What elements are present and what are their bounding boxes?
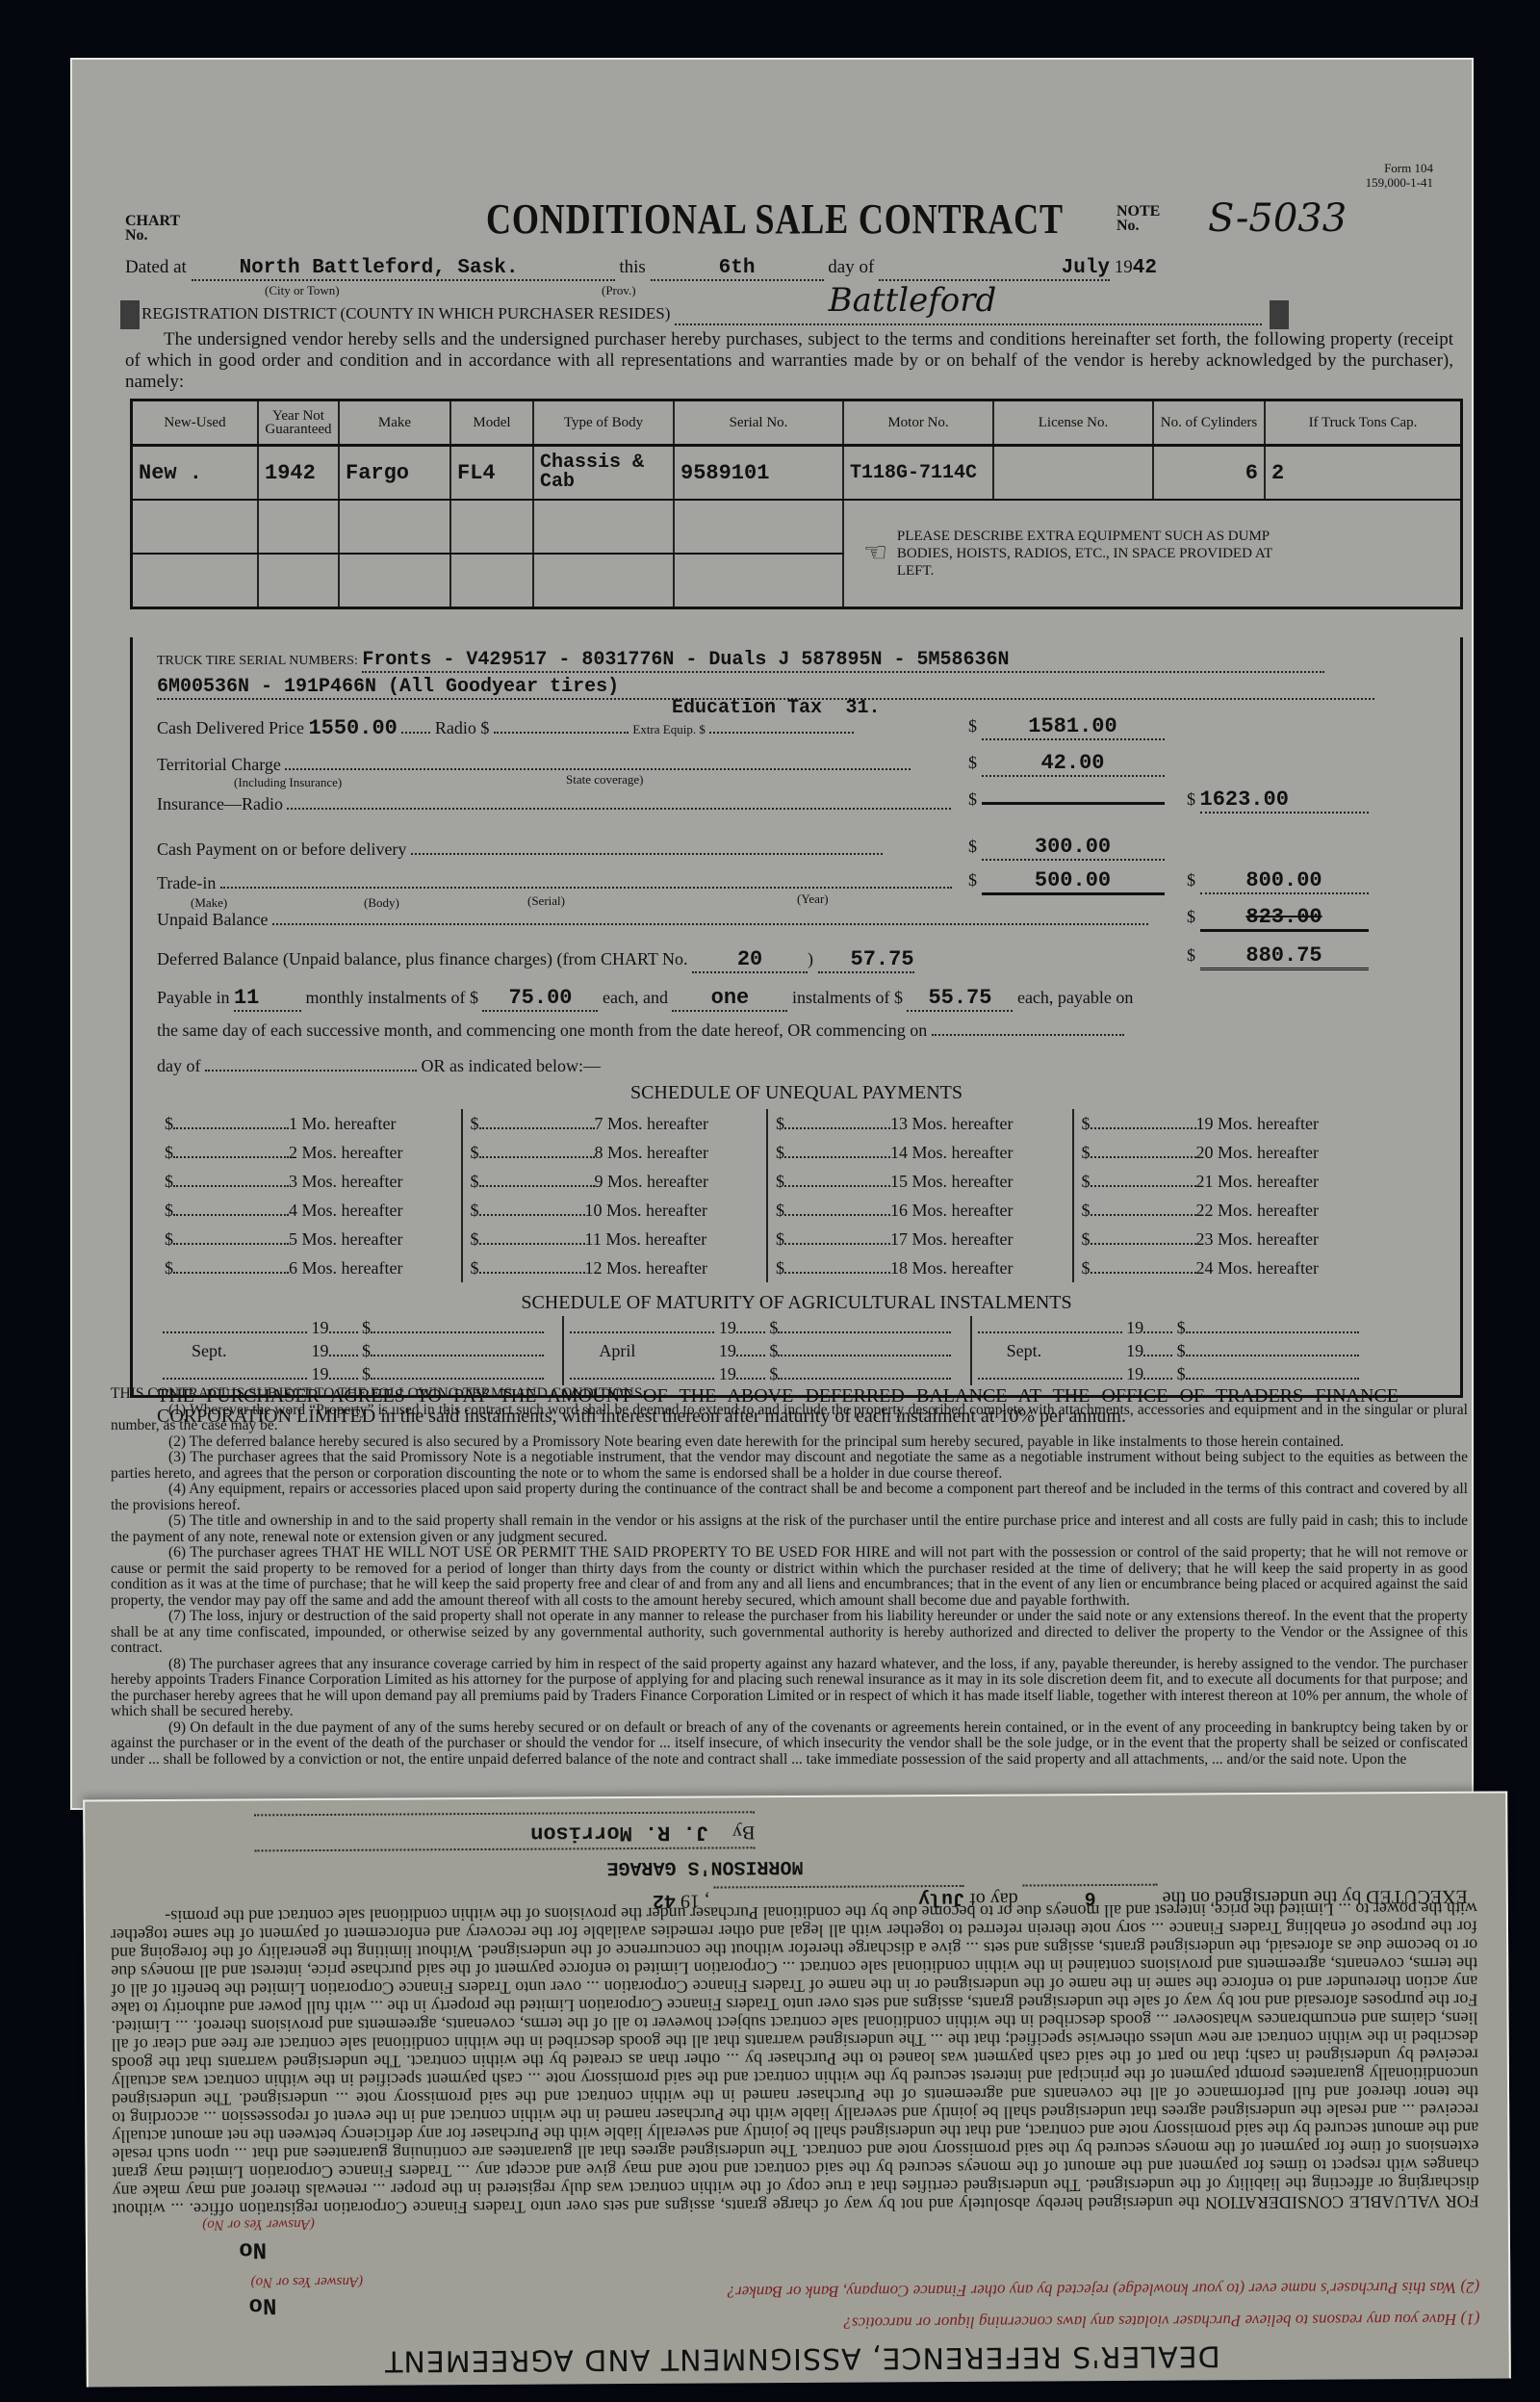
schedule-item[interactable]: $15 Mos. hereafter: [776, 1167, 1065, 1196]
agri-column: 19 $ Sept. 19 $ 19 $: [157, 1316, 564, 1385]
territorial-amount-value[interactable]: 42.00: [982, 751, 1165, 777]
schedule-column: $1 Mo. hereafter $2 Mos. hereafter $3 Mo…: [157, 1109, 463, 1282]
schedule-item[interactable]: $21 Mos. hereafter: [1082, 1167, 1373, 1196]
schedule-item[interactable]: $6 Mos. hereafter: [165, 1253, 453, 1282]
by-label: By: [732, 1821, 755, 1843]
schedule-item[interactable]: $19 Mos. hereafter: [1082, 1109, 1373, 1138]
registration-line: REGISTRATION DISTRICT (COUNTY IN WHICH P…: [120, 300, 1291, 329]
tire-serial-label: TRUCK TIRE SERIAL NUMBERS:: [157, 654, 358, 668]
trade-in-label: Trade-in: [157, 873, 216, 892]
territorial-label: Territorial Charge: [157, 755, 281, 774]
chart-no-value[interactable]: 20: [737, 947, 762, 971]
signatory-line: By J. R. Morrison: [530, 1820, 755, 1845]
trade-in-amount: $ 500.00: [968, 868, 1165, 895]
day-of-line: day of OR as indicated below:—: [157, 1056, 601, 1076]
empty-cell[interactable]: [339, 554, 450, 608]
answer-hint-1: (Answer Yes or No): [251, 2273, 364, 2290]
extra-equipment-text: PLEASE DESCRIBE EXTRA EQUIPMENT SUCH AS …: [897, 528, 1311, 580]
agri-month: Sept.: [978, 1339, 1122, 1362]
year-value[interactable]: 42: [1133, 257, 1157, 279]
executed-month[interactable]: July: [918, 1887, 964, 1909]
answer-1-value: No: [248, 2291, 276, 2317]
trade-make-caption: (Make): [191, 895, 227, 911]
unequal-schedule-grid: $1 Mo. hereafter $2 Mos. hereafter $3 Mo…: [157, 1109, 1379, 1282]
col-serial: Serial No.: [674, 400, 843, 446]
executed-year-prefix: , 19: [680, 1891, 709, 1912]
cash-payment-line: Cash Payment on or before delivery: [157, 839, 883, 860]
col-license: License No.: [993, 400, 1153, 446]
agri-month: Sept.: [163, 1339, 307, 1362]
commencing-text: the same day of each successive month, a…: [157, 1020, 927, 1040]
question-2: (2) Was this Purchaser's name ever (to y…: [728, 2278, 1480, 2302]
insurance-line: Insurance—Radio: [157, 794, 951, 814]
question-1-text: (1) Have you any reasons to believe Purc…: [843, 2311, 1479, 2333]
schedule-item[interactable]: $23 Mos. hereafter: [1082, 1225, 1373, 1253]
note-number-label: NOTE No.: [1116, 204, 1160, 233]
trade-body-caption: (Body): [364, 895, 399, 911]
empty-cell[interactable]: [132, 554, 259, 608]
cash-price-line: Cash Delivered Price 1550.00 Radio $ Ext…: [157, 716, 854, 740]
cash-price-label: Cash Delivered Price: [157, 718, 304, 737]
each-and-label: each, and: [603, 988, 668, 1007]
agri-schedule-title: SCHEDULE OF MATURITY OF AGRICULTURAL INS…: [133, 1292, 1460, 1314]
col-body: Type of Body: [533, 400, 674, 446]
vehicle-table-header: New-Used Year Not Guaranteed Make Model …: [132, 400, 1462, 446]
answer-2-value: No: [239, 2235, 267, 2261]
unpaid-balance-label: Unpaid Balance: [157, 910, 268, 929]
final-count-value[interactable]: one: [711, 986, 750, 1010]
agri-item[interactable]: April 19 $: [570, 1339, 963, 1362]
trade-in-line: Trade-in: [157, 873, 952, 893]
trade-year-caption: (Year): [797, 891, 829, 907]
form-print-code: 159,000-1-41: [1366, 175, 1433, 190]
agri-column: 19 $ April 19 $ 19 $: [564, 1316, 971, 1385]
or-indicated-text: OR as indicated below:—: [421, 1056, 600, 1075]
dealer-name: MORRISON'S GARAGE: [606, 1855, 803, 1878]
term-clause: (9) On default in the due payment of any…: [111, 1720, 1468, 1769]
executed-day[interactable]: 6: [1085, 1886, 1096, 1908]
num-instalments-value[interactable]: 11: [234, 986, 259, 1010]
col-tons: If Truck Tons Cap.: [1265, 400, 1462, 446]
empty-cell[interactable]: [533, 500, 674, 554]
day-of-label: day of: [828, 257, 874, 277]
radio-label: Radio $: [435, 718, 490, 737]
reverse-side-content: DEALER'S REFERENCE, ASSIGNMENT AND AGREE…: [85, 1793, 1509, 2387]
extra-equipment-note: ☜ PLEASE DESCRIBE EXTRA EQUIPMENT SUCH A…: [843, 500, 1462, 608]
payable-on-label: each, payable on: [1017, 988, 1133, 1007]
deferred-balance-label: Deferred Balance (Unpaid balance, plus f…: [157, 949, 688, 969]
total-price-value[interactable]: 1623.00: [1200, 788, 1369, 814]
deferred-amount: $ 880.75: [1187, 943, 1369, 970]
extra-equip-field[interactable]: [709, 732, 854, 734]
tire-serial-line1[interactable]: Fronts - V429517 - 8031776N - Duals J 58…: [362, 649, 1324, 673]
schedule-item[interactable]: $18 Mos. hereafter: [776, 1253, 1065, 1282]
schedule-item[interactable]: $8 Mos. hereafter: [471, 1138, 759, 1167]
empty-cell[interactable]: [132, 500, 259, 554]
terms-and-conditions: THIS CONTRACT IS SUBJECT TO THE FOLLOWIN…: [111, 1386, 1468, 1768]
schedule-item[interactable]: $3 Mos. hereafter: [165, 1167, 453, 1196]
executed-label: EXECUTED by the undersigned on the: [1163, 1886, 1468, 1909]
term-clause: (1) Wherever the word “Property” is used…: [111, 1403, 1468, 1434]
cell-license[interactable]: [993, 446, 1153, 501]
cell-cylinders[interactable]: 6: [1153, 446, 1265, 501]
cash-price-value[interactable]: 1550.00: [308, 716, 397, 740]
contract-page: Form 104 159,000-1-41 CHART No. CONDITIO…: [70, 58, 1474, 1810]
agri-item[interactable]: 19 $: [978, 1316, 1373, 1339]
agri-item[interactable]: 19 $: [163, 1316, 556, 1339]
schedule-item[interactable]: $4 Mos. hereafter: [165, 1196, 453, 1225]
day-of-field[interactable]: [205, 1070, 417, 1072]
unpaid-balance-line: Unpaid Balance: [157, 910, 1148, 930]
schedule-item[interactable]: $10 Mos. hereafter: [471, 1196, 759, 1225]
col-cylinders: No. of Cylinders: [1153, 400, 1265, 446]
schedule-item[interactable]: $13 Mos. hereafter: [776, 1109, 1065, 1138]
dealer-reference-title: DEALER'S REFERENCE, ASSIGNMENT AND AGREE…: [384, 2338, 1220, 2377]
table-row: New . 1942 Fargo FL4 Chassis & Cab 95891…: [132, 446, 1462, 501]
terms-heading: THIS CONTRACT IS SUBJECT TO THE FOLLOWIN…: [111, 1386, 1468, 1403]
empty-cell[interactable]: [450, 554, 533, 608]
chart-number-label: CHART No.: [125, 214, 180, 243]
territorial-amount: $ 42.00: [968, 751, 1165, 777]
total-down-value[interactable]: 800.00: [1200, 868, 1369, 894]
month-value: July: [1062, 257, 1110, 279]
cell-model[interactable]: FL4: [450, 446, 533, 501]
schedule-item[interactable]: $2 Mos. hereafter: [165, 1138, 453, 1167]
final-label: instalments of $: [792, 988, 903, 1007]
empty-cell[interactable]: [258, 500, 339, 554]
signatory-name[interactable]: J. R. Morrison: [530, 1821, 708, 1846]
schedule-item[interactable]: $16 Mos. hereafter: [776, 1196, 1065, 1225]
schedule-column: $7 Mos. hereafter $8 Mos. hereafter $9 M…: [463, 1109, 769, 1282]
executed-day-of: day of: [969, 1889, 1018, 1910]
state-coverage-caption: State coverage): [566, 772, 643, 788]
form-number: Form 104 159,000-1-41: [1366, 161, 1433, 190]
radio-field[interactable]: [494, 732, 629, 734]
registration-marker-right-icon: [1270, 300, 1289, 329]
col-year: Year Not Guaranteed: [258, 400, 339, 446]
intro-paragraph: The undersigned vendor hereby sells and …: [125, 329, 1453, 393]
finance-charge-value[interactable]: 57.75: [851, 947, 914, 971]
schedule-item[interactable]: $20 Mos. hereafter: [1082, 1138, 1373, 1167]
schedule-item[interactable]: $11 Mos. hereafter: [471, 1225, 759, 1253]
chart-no-label: No.: [125, 228, 180, 243]
cell-motor[interactable]: T118G-7114C: [843, 446, 993, 501]
col-make: Make: [339, 400, 450, 446]
schedule-item[interactable]: $17 Mos. hereafter: [776, 1225, 1065, 1253]
commencing-line: the same day of each successive month, a…: [157, 1020, 1124, 1041]
vehicle-table: New-Used Year Not Guaranteed Make Model …: [130, 399, 1463, 609]
subtotal-1-value[interactable]: 1581.00: [982, 714, 1165, 740]
signatory-signature-line[interactable]: [254, 1811, 755, 1816]
subtotal-1: $ 1581.00: [968, 714, 1165, 740]
agri-item[interactable]: 19 $: [570, 1362, 963, 1385]
financial-section: TRUCK TIRE SERIAL NUMBERS: Fronts - V429…: [130, 637, 1463, 1398]
total-down: $ 800.00: [1187, 868, 1369, 894]
schedule-item[interactable]: $14 Mos. hereafter: [776, 1138, 1065, 1167]
agri-item[interactable]: 19 $: [570, 1316, 963, 1339]
tire-serial-line: TRUCK TIRE SERIAL NUMBERS: Fronts - V429…: [157, 649, 1324, 673]
folded-reverse-flap: DEALER'S REFERENCE, ASSIGNMENT AND AGREE…: [83, 1791, 1511, 2387]
insurance-amount: $: [968, 789, 1165, 810]
dated-at-field[interactable]: North Battleford, Sask.: [192, 257, 615, 281]
this-label: this: [619, 257, 645, 277]
empty-cell[interactable]: [339, 500, 450, 554]
question-1-answer[interactable]: No: [248, 2291, 276, 2318]
term-clause: (2) The deferred balance hereby secured …: [111, 1434, 1468, 1451]
agri-month: April: [570, 1339, 714, 1362]
cell-tons[interactable]: 2: [1265, 446, 1462, 501]
deferred-balance-line: Deferred Balance (Unpaid balance, plus f…: [157, 947, 914, 973]
extra-equip-label: Extra Equip. $: [632, 722, 705, 736]
registration-label: REGISTRATION DISTRICT (COUNTY IN WHICH P…: [141, 304, 670, 323]
unpaid-balance-value[interactable]: 823.00: [1200, 905, 1369, 932]
cash-payment-label: Cash Payment on or before delivery: [157, 839, 406, 859]
dated-line: Dated at North Battleford, Sask. this 6t…: [125, 257, 1157, 281]
insurance-label: Insurance—Radio: [157, 794, 283, 814]
form-number-label: Form 104: [1366, 161, 1433, 175]
commencing-date-field[interactable]: [932, 1034, 1124, 1036]
empty-cell[interactable]: [674, 500, 843, 554]
term-clause: (6) The purchaser agrees THAT HE WILL NO…: [111, 1545, 1468, 1609]
deferred-balance-value[interactable]: 880.75: [1200, 943, 1369, 970]
day-value: 6th: [719, 257, 756, 279]
agri-item[interactable]: Sept. 19 $: [163, 1339, 556, 1362]
monthly-amount-value[interactable]: 75.00: [508, 986, 572, 1010]
agri-schedule-grid: 19 $ Sept. 19 $ 19 $ 19 $ April 19 $ 19 …: [157, 1316, 1379, 1385]
day-of-text: day of: [157, 1056, 200, 1075]
chart-label: CHART: [125, 214, 180, 228]
empty-cell[interactable]: [450, 500, 533, 554]
monthly-label: monthly instalments of $: [305, 988, 478, 1007]
consideration-paragraph: FOR VALUABLE CONSIDERATION the undersign…: [111, 1899, 1479, 2219]
term-clause: (5) The title and ownership in and to th…: [111, 1513, 1468, 1545]
prov-caption: (Prov.): [602, 283, 636, 298]
schedule-item[interactable]: $1 Mo. hereafter: [165, 1109, 453, 1138]
executed-year[interactable]: 42: [653, 1889, 676, 1911]
payable-line: Payable in 11 monthly instalments of $ 7…: [157, 986, 1133, 1012]
including-insurance-caption: (Including Insurance): [234, 775, 342, 790]
reverse-body-text: registration office. ... without dischar…: [111, 1899, 1479, 2220]
cell-serial[interactable]: 9589101: [674, 446, 843, 501]
agri-column: 19 $ Sept. 19 $ 19 $: [972, 1316, 1379, 1385]
empty-cell[interactable]: [674, 554, 843, 608]
executed-line: EXECUTED by the undersigned on the 6 day…: [653, 1882, 1468, 1912]
schedule-item[interactable]: $24 Mos. hereafter: [1082, 1253, 1373, 1282]
city-value: North Battleford, Sask.: [240, 257, 519, 279]
schedule-item[interactable]: $9 Mos. hereafter: [471, 1167, 759, 1196]
registration-marker-icon: [120, 300, 140, 329]
question-2-text: (2) Was this Purchaser's name ever (to y…: [728, 2279, 1480, 2302]
total-price: $ 1623.00: [1187, 788, 1369, 814]
schedule-item[interactable]: $7 Mos. hereafter: [471, 1109, 759, 1138]
unpaid-amount: $ 823.00: [1187, 905, 1369, 932]
note-number-handwritten: S-5033: [1208, 196, 1347, 241]
day-field[interactable]: 6th: [651, 257, 824, 281]
schedule-item[interactable]: $22 Mos. hereafter: [1082, 1196, 1373, 1225]
note-no-label: No.: [1116, 219, 1160, 233]
term-clause: (4) Any equipment, repairs or accessorie…: [111, 1482, 1468, 1513]
agri-item[interactable]: 19 $: [978, 1362, 1373, 1385]
table-row-empty: ☜ PLEASE DESCRIBE EXTRA EQUIPMENT SUCH A…: [132, 500, 1462, 554]
year-prefix: 19: [1115, 257, 1133, 277]
cell-make[interactable]: Fargo: [339, 446, 450, 501]
col-new-used: New-Used: [132, 400, 259, 446]
agri-item[interactable]: Sept. 19 $: [978, 1339, 1373, 1362]
agri-item[interactable]: 19 $: [163, 1362, 556, 1385]
month-field[interactable]: July: [879, 257, 1110, 281]
schedule-column: $13 Mos. hereafter $14 Mos. hereafter $1…: [768, 1109, 1074, 1282]
payable-in-label: Payable in: [157, 988, 229, 1007]
cell-new-used[interactable]: New .: [132, 446, 259, 501]
trade-in-value[interactable]: 500.00: [982, 868, 1165, 895]
territorial-line: Territorial Charge: [157, 755, 911, 775]
final-amount-value[interactable]: 55.75: [928, 986, 991, 1010]
cash-payment-amount: $ 300.00: [968, 835, 1165, 861]
schedule-item[interactable]: $12 Mos. hereafter: [471, 1253, 759, 1282]
cell-year[interactable]: 1942: [258, 446, 339, 501]
unequal-schedule-title: SCHEDULE OF UNEQUAL PAYMENTS: [133, 1082, 1460, 1104]
empty-cell[interactable]: [258, 554, 339, 608]
schedule-item[interactable]: $5 Mos. hereafter: [165, 1225, 453, 1253]
question-2-answer[interactable]: No: [239, 2235, 267, 2262]
registration-district-value: Battleford: [829, 281, 997, 320]
question-1: (1) Have you any reasons to believe Purc…: [132, 2310, 1479, 2337]
note-label: NOTE: [1116, 204, 1160, 219]
page-title: CONDITIONAL SALE CONTRACT: [486, 194, 1064, 244]
dealer-signature-line[interactable]: [254, 1847, 755, 1851]
registration-district-field[interactable]: Battleford: [675, 304, 1262, 325]
dated-at-label: Dated at: [125, 257, 187, 277]
term-clause: (7) The loss, injury or destruction of t…: [111, 1609, 1468, 1657]
col-motor: Motor No.: [843, 400, 993, 446]
trade-serial-caption: (Serial): [527, 893, 565, 909]
insurance-amount-value[interactable]: [982, 802, 1165, 805]
term-clause: (8) The purchaser agrees that any insura…: [111, 1657, 1468, 1720]
empty-cell[interactable]: [533, 554, 674, 608]
col-model: Model: [450, 400, 533, 446]
pointing-hand-icon: ☜: [863, 538, 887, 568]
cash-payment-value[interactable]: 300.00: [982, 835, 1165, 861]
term-clause: (3) The purchaser agrees that the said P…: [111, 1450, 1468, 1482]
cell-body[interactable]: Chassis & Cab: [533, 446, 674, 501]
schedule-column: $19 Mos. hereafter $20 Mos. hereafter $2…: [1074, 1109, 1380, 1282]
city-caption: (City or Town): [265, 283, 340, 298]
